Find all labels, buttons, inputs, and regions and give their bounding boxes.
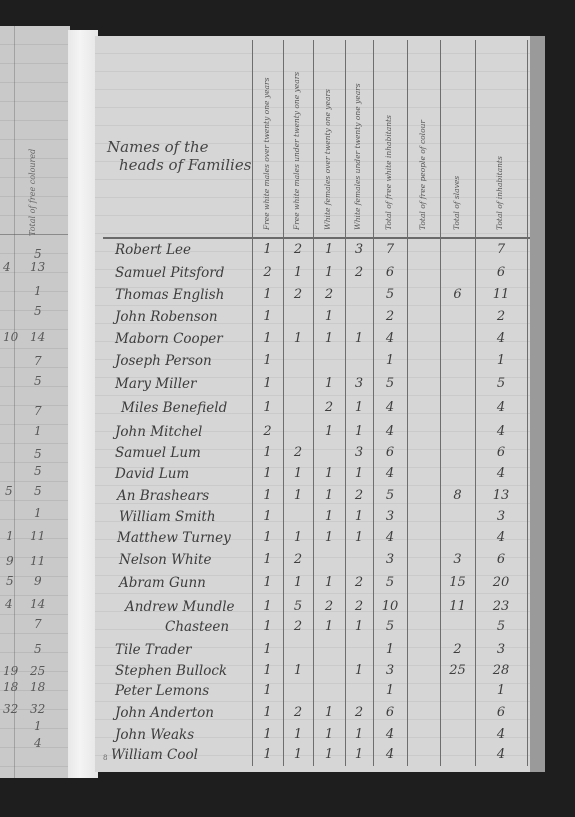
count-cell: 4	[475, 421, 527, 443]
left-page-number: 7	[34, 617, 42, 631]
count-cell: 5	[283, 596, 313, 618]
household-row: Mary Miller11355	[95, 373, 535, 395]
head-of-family-name: Samuel Pitsford	[115, 262, 224, 284]
count-cell: 6	[373, 442, 407, 464]
count-cell: 1	[252, 572, 283, 594]
head-of-family-name: William Cool	[111, 744, 198, 766]
count-cell: 2	[345, 485, 373, 507]
count-cell	[283, 373, 313, 395]
count-cell: 15	[440, 572, 475, 594]
left-facing-page: Total of free coloured 54131510147571555…	[0, 26, 70, 778]
count-cell: 4	[373, 397, 407, 419]
count-cell	[313, 350, 345, 372]
count-cell: 4	[373, 527, 407, 549]
left-page-number: 13	[30, 260, 45, 274]
count-cell: 1	[283, 724, 313, 746]
count-cell	[345, 284, 373, 306]
count-cell: 6	[373, 262, 407, 284]
count-cell: 10	[373, 596, 407, 618]
count-cell: 1	[313, 306, 345, 328]
count-cell: 4	[373, 421, 407, 443]
count-cell: 6	[475, 442, 527, 464]
household-row: John Anderton121266	[95, 702, 535, 724]
count-cell: 1	[345, 660, 373, 682]
head-of-family-name: Robert Lee	[115, 239, 191, 261]
count-cell: 4	[475, 527, 527, 549]
head-of-family-name: Nelson White	[119, 549, 211, 571]
count-cell: 1	[373, 680, 407, 702]
count-cell: 1	[313, 421, 345, 443]
count-cell: 11	[475, 284, 527, 306]
count-cell	[345, 639, 373, 661]
column-header: Total of slaves	[452, 44, 464, 230]
count-cell: 1	[252, 549, 283, 571]
count-cell: 1	[252, 239, 283, 261]
names-header-line1: Names of the	[107, 138, 209, 156]
count-cell: 1	[313, 702, 345, 724]
count-cell	[407, 284, 440, 306]
household-row: Robert Lee121377	[95, 239, 535, 261]
count-cell: 3	[373, 660, 407, 682]
count-cell	[313, 442, 345, 464]
household-row: Andrew Mundle1522101123	[95, 596, 535, 618]
page-edge	[530, 36, 545, 772]
count-cell: 2	[475, 306, 527, 328]
head-of-family-name: Abram Gunn	[119, 572, 206, 594]
column-header: White females under twenty one years	[353, 44, 365, 230]
count-cell: 4	[373, 724, 407, 746]
count-cell: 23	[475, 596, 527, 618]
count-cell: 1	[373, 350, 407, 372]
count-cell	[407, 616, 440, 638]
count-cell	[440, 262, 475, 284]
count-cell: 1	[283, 660, 313, 682]
left-page-number: 4	[3, 260, 11, 274]
count-cell: 3	[345, 442, 373, 464]
left-page-number: 11	[30, 554, 45, 568]
left-page-number: 9	[34, 574, 42, 588]
left-page-number: 14	[30, 597, 45, 611]
count-cell: 1	[313, 527, 345, 549]
count-cell: 1	[313, 262, 345, 284]
left-page-number: 1	[6, 529, 14, 543]
count-cell: 1	[252, 660, 283, 682]
count-cell	[407, 239, 440, 261]
count-cell: 1	[345, 506, 373, 528]
column-header: Free white males under twenty one years	[292, 44, 304, 230]
left-page-number: 18	[30, 680, 45, 694]
count-cell: 6	[475, 549, 527, 571]
count-cell	[407, 328, 440, 350]
count-cell	[407, 306, 440, 328]
count-cell: 1	[283, 744, 313, 766]
count-cell: 4	[475, 463, 527, 485]
count-cell: 1	[345, 463, 373, 485]
count-cell	[407, 702, 440, 724]
count-cell: 20	[475, 572, 527, 594]
count-cell: 6	[440, 284, 475, 306]
household-row: Maborn Cooper111144	[95, 328, 535, 350]
left-page-number: 7	[34, 404, 42, 418]
count-cell: 1	[373, 639, 407, 661]
count-cell: 4	[475, 397, 527, 419]
household-row: Joseph Person111	[95, 350, 535, 372]
household-row: David Lum111144	[95, 463, 535, 485]
household-row: Stephen Bullock11132528	[95, 660, 535, 682]
head-of-family-name: An Brashears	[117, 485, 209, 507]
count-cell: 7	[475, 239, 527, 261]
count-cell: 3	[373, 549, 407, 571]
household-row: John Weaks111144	[95, 724, 535, 746]
head-of-family-name: William Smith	[119, 506, 216, 528]
count-cell: 1	[252, 463, 283, 485]
count-cell	[345, 680, 373, 702]
count-cell: 1	[345, 397, 373, 419]
household-row: William Cool111144	[95, 744, 535, 766]
count-cell: 5	[373, 373, 407, 395]
head-of-family-name: Peter Lemons	[115, 680, 209, 702]
count-cell: 3	[345, 239, 373, 261]
count-cell	[440, 724, 475, 746]
count-cell: 1	[252, 527, 283, 549]
count-cell	[283, 350, 313, 372]
count-cell	[407, 262, 440, 284]
book-gutter	[68, 30, 98, 778]
count-cell: 2	[345, 262, 373, 284]
household-row: An Brashears11125813	[95, 485, 535, 507]
count-cell: 1	[252, 306, 283, 328]
count-cell: 4	[475, 724, 527, 746]
count-cell: 1	[313, 616, 345, 638]
count-cell	[283, 639, 313, 661]
count-cell: 6	[475, 262, 527, 284]
count-cell: 7	[373, 239, 407, 261]
count-cell: 6	[373, 702, 407, 724]
head-of-family-name: John Anderton	[115, 702, 214, 724]
household-row: Peter Lemons111	[95, 680, 535, 702]
count-cell	[407, 463, 440, 485]
count-cell: 3	[475, 506, 527, 528]
left-page-number: 25	[30, 664, 45, 678]
count-cell: 1	[252, 397, 283, 419]
head-of-family-name: Maborn Cooper	[115, 328, 223, 350]
count-cell: 1	[283, 463, 313, 485]
head-of-family-name: Mary Miller	[115, 373, 196, 395]
household-row: Samuel Lum12366	[95, 442, 535, 464]
head-of-family-name: John Weaks	[115, 724, 194, 746]
count-cell	[283, 306, 313, 328]
count-cell: 1	[252, 350, 283, 372]
count-cell	[407, 744, 440, 766]
count-cell: 1	[283, 572, 313, 594]
count-cell: 4	[373, 744, 407, 766]
count-cell	[345, 549, 373, 571]
count-cell: 1	[252, 485, 283, 507]
count-cell	[283, 680, 313, 702]
count-cell: 1	[313, 373, 345, 395]
names-header-line2: heads of Families	[107, 156, 257, 174]
count-cell	[440, 463, 475, 485]
head-of-family-name: Tile Trader	[115, 639, 192, 661]
count-cell: 2	[313, 397, 345, 419]
count-cell	[407, 485, 440, 507]
count-cell: 2	[313, 284, 345, 306]
count-cell: 6	[475, 702, 527, 724]
head-of-family-name: David Lum	[115, 463, 189, 485]
count-cell	[440, 744, 475, 766]
count-cell: 1	[252, 442, 283, 464]
count-cell: 3	[345, 373, 373, 395]
count-cell: 5	[373, 616, 407, 638]
count-cell	[345, 306, 373, 328]
head-of-family-name: Chasteen	[165, 616, 229, 638]
count-cell	[313, 660, 345, 682]
count-cell	[440, 421, 475, 443]
count-cell	[407, 350, 440, 372]
household-row: William Smith11133	[95, 506, 535, 528]
count-cell	[407, 724, 440, 746]
count-cell: 1	[252, 724, 283, 746]
count-cell: 1	[283, 262, 313, 284]
count-cell: 11	[440, 596, 475, 618]
count-cell: 3	[440, 549, 475, 571]
count-cell: 5	[373, 572, 407, 594]
count-cell: 1	[283, 328, 313, 350]
count-cell: 2	[440, 639, 475, 661]
count-cell	[440, 306, 475, 328]
household-row: Samuel Pitsford211266	[95, 262, 535, 284]
count-cell	[345, 350, 373, 372]
count-cell: 1	[345, 744, 373, 766]
count-cell: 2	[252, 262, 283, 284]
left-page-number: 5	[34, 374, 42, 388]
left-page-number: 32	[30, 702, 45, 716]
count-cell: 1	[345, 328, 373, 350]
names-column-header: Names of the heads of Families	[107, 138, 257, 174]
count-cell: 2	[283, 284, 313, 306]
left-page-number: 4	[5, 597, 13, 611]
count-cell	[407, 397, 440, 419]
count-cell: 1	[313, 239, 345, 261]
count-cell: 1	[252, 744, 283, 766]
head-of-family-name: Stephen Bullock	[115, 660, 227, 682]
count-cell	[283, 506, 313, 528]
count-cell: 1	[313, 328, 345, 350]
left-page-number: 32	[3, 702, 18, 716]
count-cell: 1	[313, 724, 345, 746]
census-page: Names of the heads of Families Free whit…	[95, 36, 545, 772]
count-cell	[407, 639, 440, 661]
count-cell: 2	[283, 549, 313, 571]
household-row: John Robenson1122	[95, 306, 535, 328]
count-cell: 4	[475, 328, 527, 350]
count-cell	[440, 373, 475, 395]
count-cell	[407, 421, 440, 443]
count-cell: 2	[283, 616, 313, 638]
left-page-number: 5	[6, 574, 14, 588]
household-row: Chasteen121155	[95, 616, 535, 638]
count-cell: 1	[283, 527, 313, 549]
count-cell: 1	[345, 616, 373, 638]
count-cell	[440, 328, 475, 350]
count-cell	[313, 639, 345, 661]
count-cell: 2	[345, 596, 373, 618]
left-page-number: 7	[34, 354, 42, 368]
count-cell: 1	[313, 463, 345, 485]
household-row: Nelson White12336	[95, 549, 535, 571]
count-cell	[407, 442, 440, 464]
left-page-number: 18	[3, 680, 18, 694]
head-of-family-name: Andrew Mundle	[125, 596, 235, 618]
count-cell: 1	[252, 328, 283, 350]
count-cell: 3	[475, 639, 527, 661]
count-cell	[440, 350, 475, 372]
count-cell: 1	[345, 724, 373, 746]
count-cell: 1	[252, 616, 283, 638]
household-row: Miles Benefield12144	[95, 397, 535, 419]
count-cell: 2	[345, 572, 373, 594]
count-cell: 2	[313, 596, 345, 618]
count-cell: 1	[475, 680, 527, 702]
column-header: Total of free white inhabitants	[384, 44, 396, 230]
count-cell: 5	[475, 616, 527, 638]
count-cell	[440, 397, 475, 419]
left-page-number: 1	[34, 424, 42, 438]
count-cell: 1	[313, 506, 345, 528]
count-cell	[407, 549, 440, 571]
count-cell: 25	[440, 660, 475, 682]
count-cell: 1	[252, 506, 283, 528]
head-of-family-name: Miles Benefield	[121, 397, 227, 419]
count-cell: 2	[252, 421, 283, 443]
left-page-number: 1	[34, 284, 42, 298]
column-header: Free white males over twenty one years	[262, 44, 274, 230]
head-of-family-name: Thomas English	[115, 284, 224, 306]
count-cell	[440, 702, 475, 724]
head-of-family-name: Matthew Turney	[117, 527, 231, 549]
head-of-family-name: John Mitchel	[115, 421, 202, 443]
count-cell	[407, 596, 440, 618]
count-cell: 3	[373, 506, 407, 528]
left-page-number: 9	[6, 554, 14, 568]
count-cell: 2	[373, 306, 407, 328]
column-header: White females over twenty one years	[323, 44, 335, 230]
count-cell	[440, 239, 475, 261]
household-row: Thomas English1225611	[95, 284, 535, 306]
count-cell	[440, 506, 475, 528]
count-cell: 2	[283, 239, 313, 261]
head-of-family-name: John Robenson	[115, 306, 218, 328]
left-page-number: 19	[3, 664, 18, 678]
count-cell: 1	[252, 639, 283, 661]
count-cell: 1	[345, 421, 373, 443]
count-cell	[407, 660, 440, 682]
left-page-number: 4	[34, 736, 42, 750]
count-cell	[407, 373, 440, 395]
count-cell: 1	[313, 485, 345, 507]
page-mark: 8	[103, 754, 107, 762]
left-page-number: 5	[34, 447, 42, 461]
household-row: John Mitchel21144	[95, 421, 535, 443]
count-cell: 2	[283, 702, 313, 724]
count-cell	[407, 680, 440, 702]
count-cell: 1	[252, 373, 283, 395]
left-page-number: 5	[34, 642, 42, 656]
left-page-number: 11	[30, 529, 45, 543]
count-cell	[440, 680, 475, 702]
count-cell: 4	[373, 328, 407, 350]
count-cell: 1	[345, 527, 373, 549]
count-cell	[440, 527, 475, 549]
count-cell: 1	[313, 572, 345, 594]
left-page-column-header: Total of free coloured	[28, 86, 44, 236]
count-cell: 1	[475, 350, 527, 372]
count-cell	[440, 442, 475, 464]
count-cell: 4	[475, 744, 527, 766]
count-cell	[283, 421, 313, 443]
count-cell	[407, 527, 440, 549]
count-cell: 1	[283, 485, 313, 507]
count-cell: 1	[313, 744, 345, 766]
count-cell: 13	[475, 485, 527, 507]
count-cell	[407, 572, 440, 594]
head-of-family-name: Joseph Person	[115, 350, 212, 372]
left-page-number: 5	[34, 304, 42, 318]
count-cell: 4	[373, 463, 407, 485]
count-cell	[283, 397, 313, 419]
count-cell: 5	[373, 284, 407, 306]
left-page-number: 14	[30, 330, 45, 344]
count-cell: 5	[475, 373, 527, 395]
left-page-number: 10	[3, 330, 18, 344]
column-header: Total of free people of colour	[418, 44, 430, 230]
count-cell: 2	[345, 702, 373, 724]
count-cell: 8	[440, 485, 475, 507]
left-page-number: 1	[34, 506, 42, 520]
count-cell	[313, 680, 345, 702]
household-row: Abram Gunn111251520	[95, 572, 535, 594]
count-cell: 28	[475, 660, 527, 682]
count-cell	[313, 549, 345, 571]
head-of-family-name: Samuel Lum	[115, 442, 201, 464]
household-row: Matthew Turney111144	[95, 527, 535, 549]
count-cell: 1	[252, 596, 283, 618]
left-page-number: 5	[5, 484, 13, 498]
count-cell: 2	[283, 442, 313, 464]
household-row: Tile Trader1123	[95, 639, 535, 661]
count-cell: 1	[252, 284, 283, 306]
left-page-number: 1	[34, 719, 42, 733]
count-cell: 1	[252, 702, 283, 724]
left-page-number: 5	[34, 464, 42, 478]
count-cell: 5	[373, 485, 407, 507]
count-cell: 1	[252, 680, 283, 702]
column-header: Total of inhabitants	[495, 44, 507, 230]
count-cell	[440, 616, 475, 638]
left-page-number: 5	[34, 484, 42, 498]
count-cell	[407, 506, 440, 528]
left-page-number: 5	[34, 247, 42, 261]
